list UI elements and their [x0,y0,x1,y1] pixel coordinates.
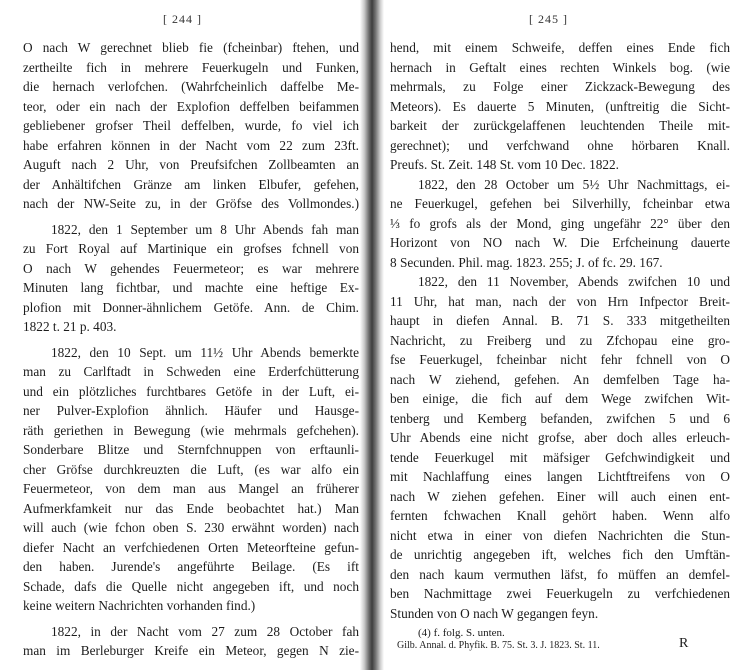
text-line: ben Nachmittage zwei Feuerkugeln zu verf… [390,584,730,604]
text-line: ⅓ fo grofs als der Mond, ging ungefähr 2… [390,214,730,234]
book-spread: [ 244 ] O nach W gerechnet blieb fie (fc… [0,0,750,670]
page-number-left: [ 244 ] [163,12,202,27]
text-line: tenberg und Kemberg befanden, zwifchen 5… [390,409,730,429]
text-line: nicht etwa in einer von diefen Nachricht… [390,526,730,546]
text-line: nach W ziehend, gefehen. An demfelben Ta… [390,370,730,390]
text-line: Minuten lang fichtbar, und machte eine h… [23,278,359,298]
text-line: Sonderbare Blitze und Sternfchnuppen von… [23,440,359,460]
text-line: man im Berleburger Kreife ein Meteor, ge… [23,641,359,661]
text-line: 1822 t. 21 p. 403. [23,317,359,337]
text-line: diefer Nacht an verfchiedenen Orten Mete… [23,538,359,558]
text-line: mehrmals, zu Folge einer Zickzack-Bewegu… [390,77,730,97]
text-line: ne Feuerkugel, gefehen bei Silverhilly, … [390,194,730,214]
text-line: tende Feuerkugel mit mäfsiger Gefchwindi… [390,448,730,468]
text-line: fse Feuerkugel, fcheinbar nicht fehr fch… [390,350,730,370]
text-line: den haben. Jurende's angeführte Beilage.… [23,557,359,577]
text-line: ner Pulver-Explofion ähnlich. Häufer und… [23,401,359,421]
text-line: 11 Uhr, hat man, nach der von Hrn Infpec… [390,292,730,312]
text-line: Horizont von NO nach W. Die Erfcheinung … [390,233,730,253]
text-line: O nach W gerechnet blieb fie (fcheinbar)… [23,38,359,58]
text-line: Meteors). Es dauerte 5 Minuten, (unftrei… [390,97,730,117]
text-line: hernach in Geftalt eines rechten Winkels… [390,58,730,78]
source-citation: Gilb. Annal. d. Phyfik. B. 75. St. 3. J.… [397,640,600,651]
text-line: ben einige, die fich auf dem Wege zwifch… [390,389,730,409]
left-page-body: O nach W gerechnet blieb fie (fcheinbar)… [23,38,359,661]
text-line: zu Fort Royal auf Martinique ein grofses… [23,239,359,259]
text-line: man zu Carlftadt in Schweden eine Erderf… [23,362,359,382]
text-line: 8 Secunden. Phil. mag. 1823. 255; J. of … [390,253,730,273]
text-line: Feuermeteor, von dem man aus Mangel an f… [23,479,359,499]
text-line: Nachricht, zu Freiberg und zu Zfchopau e… [390,331,730,351]
paragraph-start-line: 1822, den 1 September um 8 Uhr Abends fa… [23,220,359,240]
text-line: die hernach verlofchen. (Wahrfcheinlich … [23,77,359,97]
text-line: und ein plötzliches furchtbares Getöfe i… [23,382,359,402]
text-line: gerechnet); und verfchwand ohne hörbaren… [390,136,730,156]
text-line: will auch (wie fchon oben S. 230 erwähnt… [23,518,359,538]
paragraph-start-line: 1822, in der Nacht vom 27 zum 28 October… [23,622,359,642]
text-line: nach W ziehen gefehen. Einer will auch e… [390,487,730,507]
text-line: cher Gröfse durchkreuzten die Luft, (es … [23,460,359,480]
text-line: der Anhältifchen Gränze am linken Elbufe… [23,175,359,195]
text-line: fernten fchwachen Knall gehört haben. We… [390,506,730,526]
text-line: de unrichtig angegeben ift, welches fich… [390,545,730,565]
paragraph-start-line: 1822, den 28 October um 5½ Uhr Nachmitta… [390,175,730,195]
text-line: Auguft nach 2 Uhr, von Preufsifchen Zoll… [23,155,359,175]
text-line: zertheilte fich in mehrere Feuerkugeln u… [23,58,359,78]
text-line: plofion mit Donner-ähnlichem Getöfe. Ann… [23,298,359,318]
signature-mark: R [679,636,688,652]
text-line: haupt in diefen Annal. B. 71 S. 333 mitg… [390,311,730,331]
right-page: [ 245 ] hend, mit einem Schweife, deffen… [382,0,750,670]
text-line: gebliebener grofser Theil deffelben, wur… [23,116,359,136]
text-line: Stunden von O nach W gegangen feyn. [390,604,730,624]
left-page: [ 244 ] O nach W gerechnet blieb fie (fc… [0,0,364,670]
text-line: barkeit der zurückgelaffenen leuchtenden… [390,116,730,136]
text-line: hend, mit einem Schweife, deffen eines E… [390,38,730,58]
text-line: Aufmerkfamkeit nur das Ende beobachtet h… [23,499,359,519]
right-page-body: hend, mit einem Schweife, deffen eines E… [390,38,730,641]
text-line: räth geriethen in Bewegung (wie mehrmals… [23,421,359,441]
text-line: habe erfahren können in der Nacht vom 22… [23,136,359,156]
text-line: keine weitern Nachrichten vorhanden find… [23,596,359,616]
text-line: teor, oder ein nach der Explofion deffel… [23,97,359,117]
text-line: nach der NW-Seite zu, in der Gröfse des … [23,194,359,214]
text-line: Preufs. St. Zeit. 148 St. vom 10 Dec. 18… [390,155,730,175]
text-line: mit Nachlaffung eines langen Lichtftreif… [390,467,730,487]
text-line: Uhr Abends eine nicht grofse, aber doch … [390,428,730,448]
book-gutter [360,0,384,670]
text-line: O nach W gehendes Feuermeteor; es war me… [23,259,359,279]
page-number-right: [ 245 ] [529,12,568,27]
paragraph-start-line: 1822, den 10 Sept. um 11½ Uhr Abends bem… [23,343,359,363]
paragraph-start-line: 1822, den 11 November, Abends zwifchen 1… [390,272,730,292]
text-line: den nach kaum vermuthen läfst, fo müffen… [390,565,730,585]
text-line: Schade, dafs die Quelle nicht angegeben … [23,577,359,597]
